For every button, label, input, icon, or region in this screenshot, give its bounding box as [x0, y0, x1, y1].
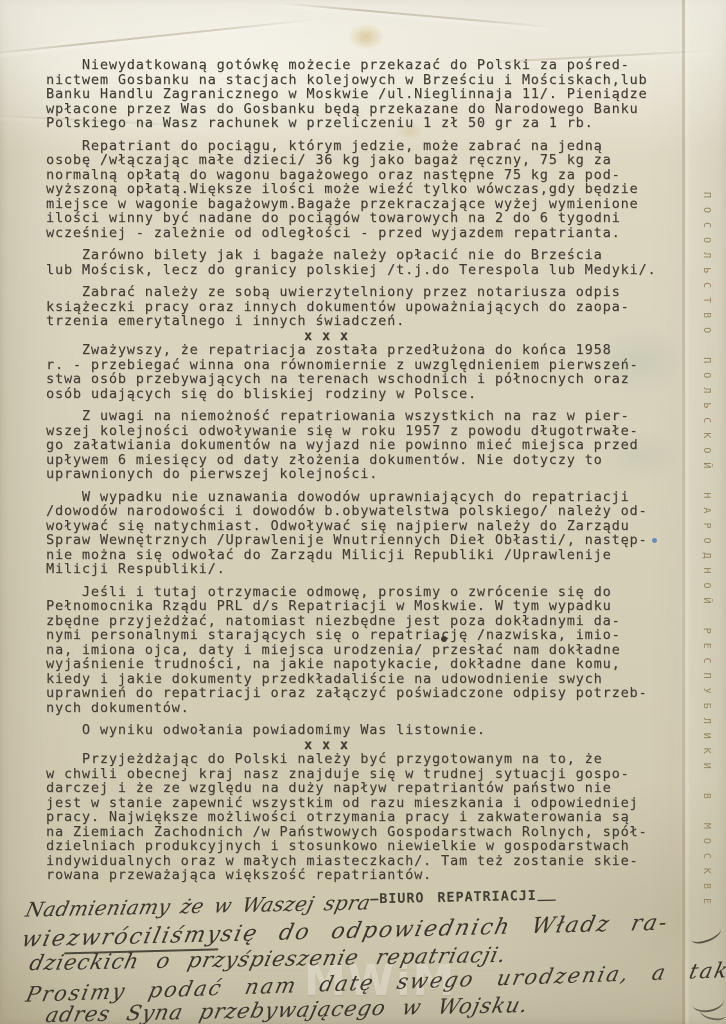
handwriting-segment: wie — [19, 926, 69, 952]
handwriting-segment: Nadmieniamy że w Waszej spra — [23, 890, 373, 921]
document-page: MWiM Niewydatkowaną gotówkę możecie prze… — [0, 0, 726, 1024]
handwritten-annotation-block: Nadmieniamy że w Waszej spra—BIURO REPAT… — [0, 0, 726, 1024]
handwriting-segment: — — [534, 886, 560, 911]
embassy-letterhead-side-text: ПОСОЛЬСТВО ПОЛЬСКОЙ НАРОДНОЙ РЕСПУБЛИКИ … — [701, 192, 712, 913]
typed-inline-note: —BIURO REPATRIACJI — [370, 888, 537, 907]
